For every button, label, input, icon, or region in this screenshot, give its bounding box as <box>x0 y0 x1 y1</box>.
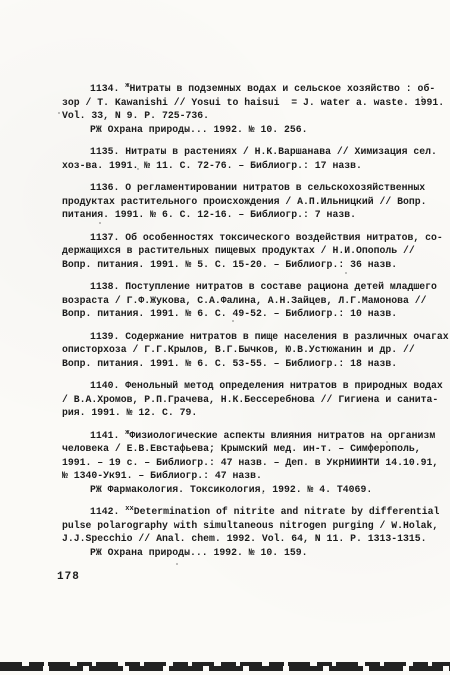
bib-entry-line: РЖ Охрана природы... 1992. № 10. 256. <box>62 123 446 137</box>
scan-noise-dot <box>386 441 388 443</box>
line-text: РЖ Охрана природы... 1992. № 10. 256. <box>90 124 308 135</box>
line-text: / В.А.Хромов, Р.П.Грачева, Н.К.Бессеребн… <box>62 394 438 405</box>
line-text: pulse polarography with simultaneous nit… <box>62 520 438 531</box>
line-text: питания. 1991. № 6. С. 12-16. – Библиогр… <box>62 209 356 220</box>
line-text: Vol. 33, N 9. P. 725-736. <box>62 110 209 121</box>
scan-noise-dot <box>58 112 60 114</box>
bib-entry-line: 1141. жФизиологические аспекты влияния н… <box>62 429 446 443</box>
bib-entry: 1134. жНитраты в подземных водах и сельс… <box>62 82 446 136</box>
line-text: 1137. Об особенностях токсического возде… <box>90 232 443 243</box>
bib-entry: 1141. жФизиологические аспекты влияния н… <box>62 429 446 497</box>
bib-entry: 1138. Поступление нитратов в составе рац… <box>62 280 446 321</box>
bib-entry-line: возраста / Г.Ф.Жукова, С.А.Фалина, А.Н.З… <box>62 294 446 308</box>
bib-entry: 1135. Нитраты в растениях / Н.К.Варшанав… <box>62 145 446 172</box>
line-text: Нитраты в подземных водах и сельское хоз… <box>129 83 435 94</box>
bib-entry-line: Vol. 33, N 9. P. 725-736. <box>62 109 446 123</box>
scan-noise-dot <box>421 96 423 98</box>
bib-entry-line: Вопр. питания. 1991. № 5. С. 15-20. – Би… <box>62 258 446 272</box>
line-text: продуктах растительного происхождения / … <box>62 196 427 207</box>
bib-entry-line: 1138. Поступление нитратов в составе рац… <box>62 280 446 294</box>
line-text: Вопр. питания. 1991. № 5. С. 15-20. – Би… <box>62 259 397 270</box>
line-text: 1140. Фенольный метод определения нитрат… <box>90 380 443 391</box>
scan-noise-dot <box>232 320 234 322</box>
bib-entry-line: питания. 1991. № 6. С. 12-16. – Библиогр… <box>62 208 446 222</box>
scan-noise-dot <box>345 272 347 274</box>
bib-entry: 1136. О регламентировании нитратов в сел… <box>62 181 446 222</box>
line-text: 1991. – 19 с. – Библиогр.: 47 назв. – Де… <box>62 457 438 468</box>
line-text: 1142. <box>90 506 125 517</box>
bib-entry-line: описторхоза / Г.Г.Крылов, В.Г.Бычков, Ю.… <box>62 343 446 357</box>
line-text: 1139. Содержание нитратов в пище населен… <box>90 331 449 342</box>
bib-entry: 1142. ххDetermination of nitrite and nit… <box>62 505 446 559</box>
bib-entry-line: 1139. Содержание нитратов в пище населен… <box>62 330 446 344</box>
bib-entry-line: 1134. жНитраты в подземных водах и сельс… <box>62 82 446 96</box>
line-text: рия. 1991. № 12. С. 79. <box>62 407 197 418</box>
line-text: 1136. О регламентировании нитратов в сел… <box>90 182 425 193</box>
bib-entry-line: держащихся в растительных пищевых продук… <box>62 244 446 258</box>
bib-entry-line: 1135. Нитраты в растениях / Н.К.Варшанав… <box>62 145 446 159</box>
bib-entry-line: хоз-ва. 1991. № 11. С. 72-76. – Библиогр… <box>62 159 446 173</box>
line-text: возраста / Г.Ф.Жукова, С.А.Фалина, А.Н.З… <box>62 295 427 306</box>
bib-entry-line: 1991. – 19 с. – Библиогр.: 47 назв. – Де… <box>62 456 446 470</box>
scan-noise-dot <box>137 168 139 170</box>
line-text: РЖ Охрана природы... 1992. № 10. 159. <box>90 547 308 558</box>
scan-noise-dot <box>99 222 101 224</box>
line-text: J.J.Specchio // Anal. chem. 1992. Vol. 6… <box>62 533 427 544</box>
line-text: 1141. <box>90 430 125 441</box>
scanned-page: 1134. жНитраты в подземных водах и сельс… <box>0 0 450 675</box>
bib-entry-line: № 1340-Ук91. – Библиогр.: 47 назв. <box>62 469 446 483</box>
bib-entry-line: РЖ Охрана природы... 1992. № 10. 159. <box>62 546 446 560</box>
bib-entry: 1137. Об особенностях токсического возде… <box>62 231 446 272</box>
line-text: Вопр. питания. 1991. № 6. С. 49-52. – Би… <box>62 308 397 319</box>
line-text: Вопр. питания. 1991. № 6. С. 53-55. – Би… <box>62 358 397 369</box>
bib-entry-line: продуктах растительного происхождения / … <box>62 195 446 209</box>
line-text: хоз-ва. 1991. № 11. С. 72-76. – Библиогр… <box>62 160 362 171</box>
bib-entry-line: 1136. О регламентировании нитратов в сел… <box>62 181 446 195</box>
bibliography: 1134. жНитраты в подземных водах и сельс… <box>62 82 446 568</box>
bib-entry: 1140. Фенольный метод определения нитрат… <box>62 379 446 420</box>
bib-entry: 1139. Содержание нитратов в пище населен… <box>62 330 446 371</box>
line-text: 1134. <box>90 83 125 94</box>
bib-entry-line: Вопр. питания. 1991. № 6. С. 53-55. – Би… <box>62 357 446 371</box>
line-text: человека / Е.В.Евстафьева; Крымский мед.… <box>62 443 421 454</box>
scan-noise-dot <box>176 563 178 565</box>
page-number: 178 <box>57 571 80 583</box>
bib-entry-line: / В.А.Хромов, Р.П.Грачева, Н.К.Бессеребн… <box>62 393 446 407</box>
line-text: описторхоза / Г.Г.Крылов, В.Г.Бычков, Ю.… <box>62 344 415 355</box>
bib-entry-line: 1140. Фенольный метод определения нитрат… <box>62 379 446 393</box>
line-text: № 1340-Ук91. – Библиогр.: 47 назв. <box>62 470 262 481</box>
bib-entry-line: J.J.Specchio // Anal. chem. 1992. Vol. 6… <box>62 532 446 546</box>
line-text: держащихся в растительных пищевых продук… <box>62 245 415 256</box>
bib-entry-line: рия. 1991. № 12. С. 79. <box>62 406 446 420</box>
scan-noise-dot <box>253 163 255 165</box>
bib-entry-line: pulse polarography with simultaneous nit… <box>62 519 446 533</box>
line-text: Физиологические аспекты влияния нитратов… <box>129 430 435 441</box>
bib-entry-line: зор / T. Kawanishi // Yosui to haisui = … <box>62 96 446 110</box>
line-text: зор / T. Kawanishi // Yosui to haisui = … <box>62 97 444 108</box>
bib-entry-line: 1142. ххDetermination of nitrite and nit… <box>62 505 446 519</box>
bib-entry-line: человека / Е.В.Евстафьева; Крымский мед.… <box>62 442 446 456</box>
footnote-mark: хх <box>125 505 133 513</box>
bib-entry-line: 1137. Об особенностях токсического возде… <box>62 231 446 245</box>
line-text: Determination of nitrite and nitrate by … <box>134 506 440 517</box>
bib-entry-line: РЖ Фармакология. Токсикология. 1992. № 4… <box>62 483 446 497</box>
line-text: 1138. Поступление нитратов в составе рац… <box>90 281 437 292</box>
scan-noise-dot <box>262 492 264 494</box>
line-text: РЖ Фармакология. Токсикология. 1992. № 4… <box>90 484 372 495</box>
bib-entry-line: Вопр. питания. 1991. № 6. С. 49-52. – Би… <box>62 307 446 321</box>
scan-edge-artifact <box>0 661 450 671</box>
line-text: 1135. Нитраты в растениях / Н.К.Варшанав… <box>90 146 437 157</box>
